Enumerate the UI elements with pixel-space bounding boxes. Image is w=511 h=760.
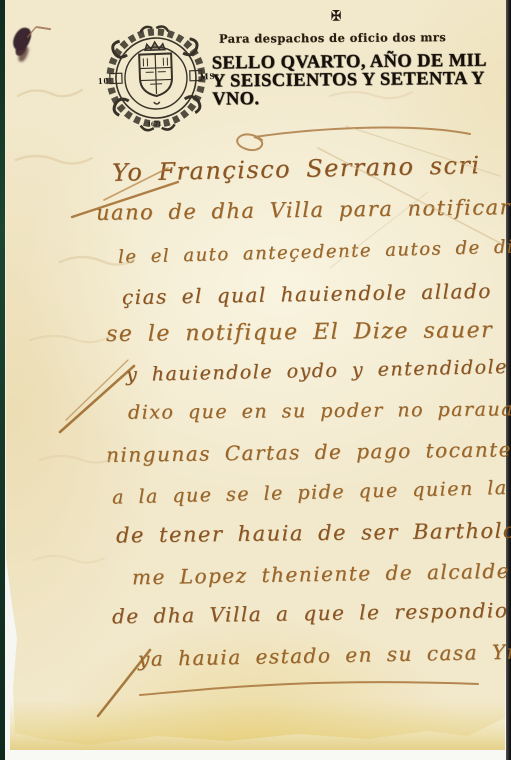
scanned-document: { "colors": { "paper": "#f2e9cd", "paper… (0, 0, 511, 760)
seal-year: 1671 (147, 120, 161, 128)
scanner-edge-left (0, 0, 5, 760)
stamp-title: SELLO QVARTO, AÑO DE MIL Y SEISCIENTOS Y… (212, 51, 509, 108)
tax-rate-line: Para despachos de oficio dos mrs (219, 30, 449, 46)
manuscript-line: dixo que en su poder no parauan (128, 398, 511, 423)
manuscript-line: de tener hauia de ser Bartholo (116, 519, 511, 548)
stamp-title-line3: VNO. (212, 87, 508, 108)
stamp-title-line2: Y SEISCIENTOS Y SETENTA Y (212, 69, 508, 90)
manuscript-line: se le notifique El Dize sauer (106, 318, 493, 347)
seal-denomination-right: MS (200, 71, 216, 82)
seal-denomination-left: 10 (98, 76, 109, 86)
royal-seal-stamp: 10 MS 1671 (94, 22, 218, 136)
printer-cross-icon: ✠ (331, 8, 341, 24)
